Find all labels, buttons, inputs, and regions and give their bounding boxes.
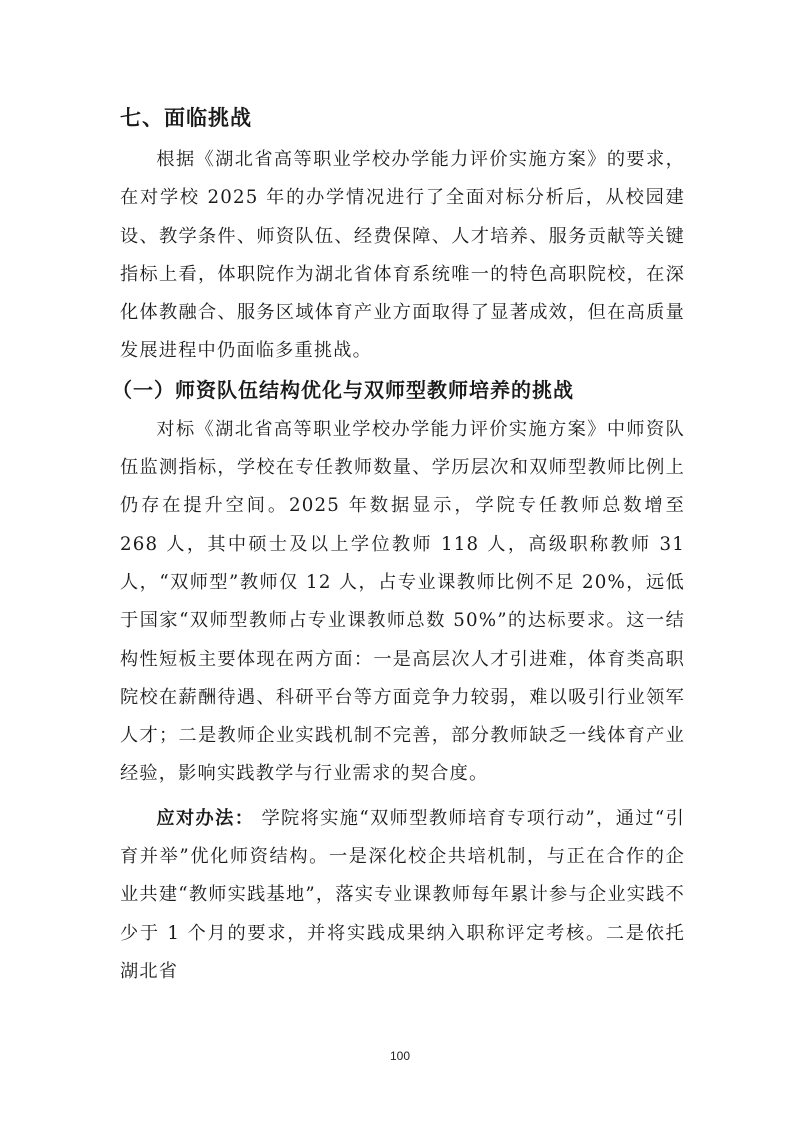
response-paragraph: 应对办法： 学院将实施“双师型教师培育专项行动”，通过“引育并举”优化师资结构。… bbox=[120, 800, 685, 991]
response-text: 学院将实施“双师型教师培育专项行动”，通过“引育并举”优化师资结构。一是深化校企… bbox=[120, 808, 685, 982]
document-page: 七、面临挑战 根据《湖北省高等职业学校办学能力评价实施方案》的要求，在对学校 2… bbox=[120, 103, 685, 991]
response-label: 应对办法： bbox=[156, 808, 254, 829]
intro-paragraph: 根据《湖北省高等职业学校办学能力评价实施方案》的要求，在对学校 2025 年的办… bbox=[120, 141, 685, 371]
page-number: 100 bbox=[0, 1049, 800, 1063]
faculty-challenge-paragraph: 对标《湖北省高等职业学校办学能力评价实施方案》中师资队伍监测指标，学校在专任教师… bbox=[120, 411, 685, 794]
section-heading: 七、面临挑战 bbox=[120, 103, 685, 133]
subsection-heading: （一）师资队伍结构优化与双师型教师培养的挑战 bbox=[112, 375, 685, 405]
